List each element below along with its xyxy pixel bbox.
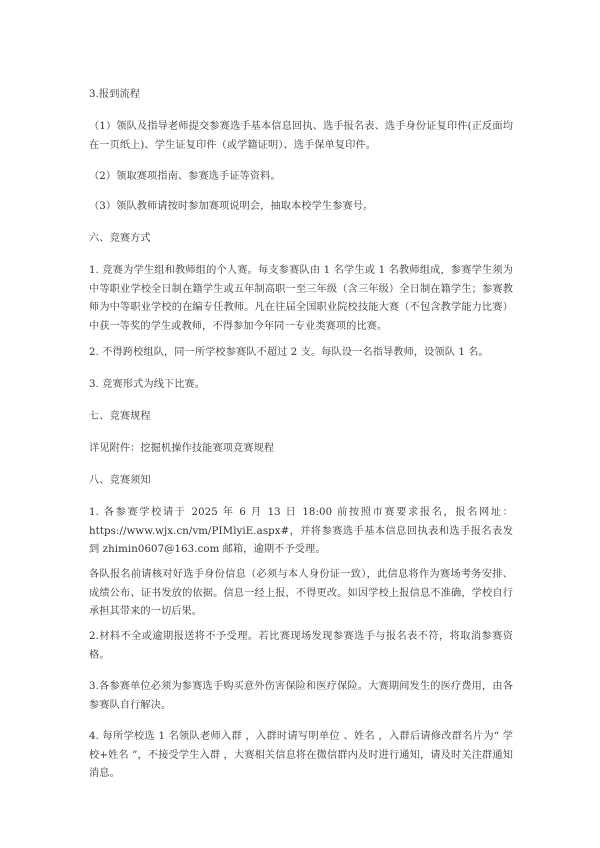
check-in-item-3: （3）领队教师请按时参加赛项说明会，抽取本校学生参赛号。	[89, 198, 513, 217]
notice-item-4: 4. 每所学校选 1 名领队老师入群 ，入群时请写明单位 、姓名 ，入群后请修改…	[89, 728, 513, 784]
check-in-item-2: （2）领取赛项指南、参赛选手证等资料。	[89, 168, 513, 187]
section-heading-competition-notice: 八、竞赛须知	[89, 472, 513, 491]
section-heading-check-in-process: 3.报到流程	[89, 86, 513, 105]
check-in-item-1: （1）领队及指导老师提交参赛选手基本信息回执、选手报名表、选手身份证复印件(正反…	[89, 118, 513, 155]
competition-format-item-3: 3. 竞赛形式为线下比赛。	[89, 376, 513, 395]
competition-rules-attachment-link[interactable]: 详见附件：挖掘机操作技能赛项竞赛规程	[89, 440, 513, 459]
notice-item-3: 3.各参赛单位必须为参赛选手购买意外伤害保险和医疗保险。大赛期间发生的医疗费用，…	[89, 678, 513, 715]
section-heading-competition-format: 六、竞赛方式	[89, 230, 513, 249]
notice-item-2: 2.材料不全或逾期报送将不予受理。若比赛现场发现参赛选手与报名表不符，将取消参赛…	[89, 628, 513, 665]
competition-format-item-2: 2. 不得跨校组队，同一所学校参赛队不超过 2 支。每队设一名指导教师，设领队 …	[89, 344, 513, 363]
notice-item-1-identity: 各队报名前请核对好选手身份信息（必须与本人身份证一致），此信息将作为赛场考务安排…	[89, 566, 513, 622]
competition-format-item-1: 1. 竞赛为学生组和教师组的个人赛。每支参赛队由 1 名学生或 1 名教师组成，…	[89, 262, 513, 336]
notice-item-1: 1. 各参赛学校请于 2025 年 6 月 13 日 18:00 前按照市赛要求…	[89, 504, 513, 560]
section-heading-competition-rules: 七、竞赛规程	[89, 408, 513, 427]
